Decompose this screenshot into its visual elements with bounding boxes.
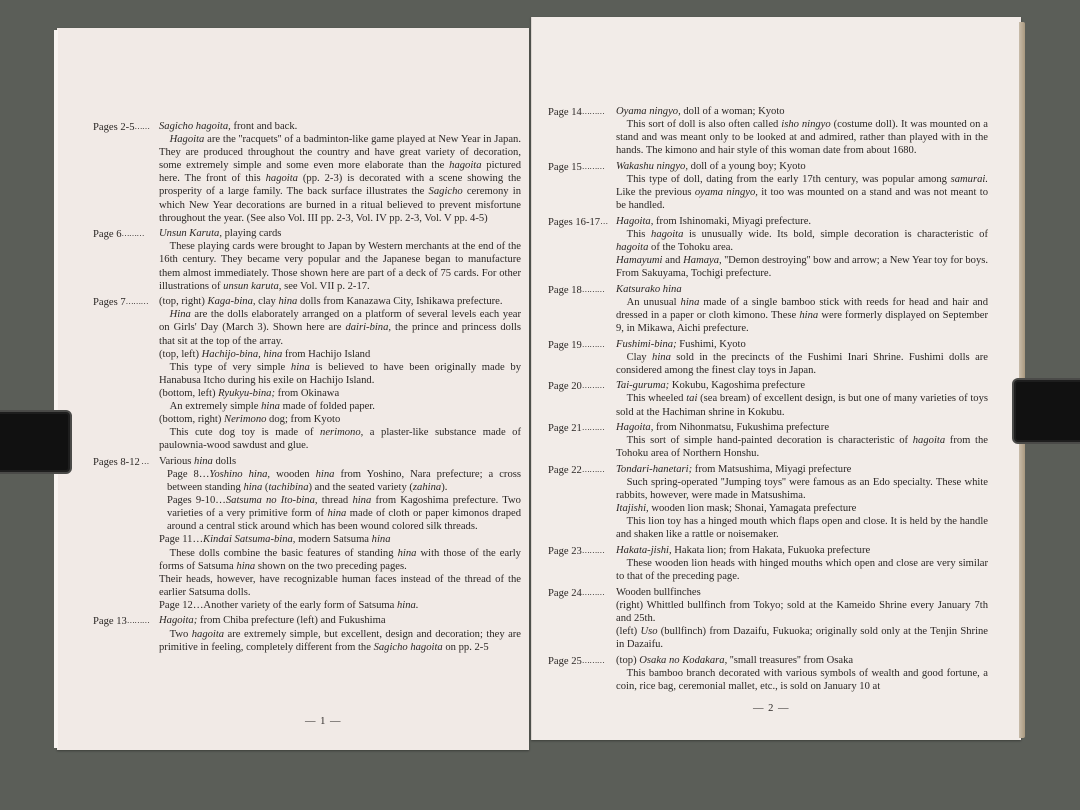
caption-entry: Pages 16-17…Hagoita, from Ishinomaki, Mi… [548, 215, 988, 280]
caption-paragraph: This sort of simple hand-painted decorat… [616, 434, 988, 460]
left-page: Pages 2-5……Sagicho hagoita, front and ba… [57, 28, 529, 750]
caption-paragraph: This type of doll, dating from the early… [616, 173, 988, 212]
caption-body: Oyama ningyo, doll of a woman; KyotoThis… [616, 105, 988, 157]
caption-paragraph: (bottom, right) Nerimono dog; from Kyoto [159, 413, 521, 426]
caption-entry: Page 13………Hagoita; from Chiba prefecture… [93, 614, 521, 653]
page-reference-label: Page 19……… [548, 338, 616, 377]
page-reference-label: Page 15……… [548, 160, 616, 212]
dot-leader: ……… [127, 616, 150, 625]
page-reference-text: Page 6 [93, 229, 122, 240]
caption-body: Hagoita, from Ishinomaki, Miyagi prefect… [616, 215, 988, 280]
caption-title: Wooden bullfinches [616, 586, 988, 599]
page-reference-text: Page 20 [548, 381, 582, 392]
page-reference-label: Page 13……… [93, 614, 159, 653]
page-reference-text: Page 15 [548, 162, 582, 173]
caption-body: Wakashu ningyo, doll of a young boy; Kyo… [616, 160, 988, 212]
caption-entry: Pages 7………(top, right) Kaga-bina, clay h… [93, 295, 521, 452]
caption-paragraph: (right) Whittled bullfinch from Tokyo; s… [616, 599, 988, 625]
page-number-right: — 2 — [753, 703, 790, 714]
page-reference-label: Page 25……… [548, 654, 616, 693]
dot-leader: ……… [582, 465, 605, 474]
page-reference-text: Page 22 [548, 465, 582, 476]
binder-clip-right [1012, 378, 1080, 444]
page-number-left: — 1 — [305, 716, 342, 727]
caption-entry: Page 18………Katsurako hinaAn unusual hina … [548, 283, 988, 335]
page-reference-label: Page 23……… [548, 544, 616, 583]
caption-entry: Page 24………Wooden bullfinches(right) Whit… [548, 586, 988, 651]
page-reference-label: Page 14……… [548, 105, 616, 157]
caption-body: (top) Osaka no Kodakara, ''small treasur… [616, 654, 988, 693]
dot-leader: ……… [582, 656, 605, 665]
caption-title: Wakashu ningyo, doll of a young boy; Kyo… [616, 160, 988, 173]
page-reference-label: Pages 8-12 … [93, 455, 159, 612]
caption-paragraph: Hamayumi and Hamaya, ''Demon destroying'… [616, 254, 988, 280]
page-reference-text: Page 25 [548, 656, 582, 667]
page-reference-label: Page 6……… [93, 227, 159, 292]
caption-paragraph: Page 11…Kindai Satsuma-bina, modern Sats… [159, 533, 521, 546]
page-reference-text: Page 24 [548, 588, 582, 599]
page-reference-label: Page 20……… [548, 379, 616, 418]
page-reference-label: Page 21……… [548, 421, 616, 460]
caption-entry: Page 20………Tai-guruma; Kokubu, Kagoshima … [548, 379, 988, 418]
binder-clip-left [0, 410, 72, 474]
caption-paragraph: (top, left) Hachijo-bina, hina from Hach… [159, 348, 521, 361]
caption-body: Hagoita; from Chiba prefecture (left) an… [159, 614, 521, 653]
right-page-content: Page 14………Oyama ningyo, doll of a woman;… [548, 105, 988, 696]
caption-body: Hakata-jishi, Hakata lion; from Hakata, … [616, 544, 988, 583]
dot-leader: ……… [582, 588, 605, 597]
page-reference-text: Pages 8-12 [93, 457, 140, 468]
page-reference-text: Pages 16-17 [548, 217, 600, 228]
caption-paragraph: (bottom, left) Ryukyu-bina; from Okinawa [159, 387, 521, 400]
caption-entry: Page 23………Hakata-jishi, Hakata lion; fro… [548, 544, 988, 583]
caption-paragraph: Two hagoita are extremely simple, but ex… [159, 628, 521, 654]
caption-title: Katsurako hina [616, 283, 988, 296]
caption-paragraph: This cute dog toy is made of nerimono, a… [159, 426, 521, 452]
caption-body: Sagicho hagoita, front and back.Hagoita … [159, 120, 521, 225]
caption-entry: Page 19………Fushimi-bina; Fushimi, KyotoCl… [548, 338, 988, 377]
caption-entry: Page 22………Tondari-hanetari; from Matsush… [548, 463, 988, 542]
caption-entry: Page 25………(top) Osaka no Kodakara, ''sma… [548, 654, 988, 693]
page-reference-text: Page 14 [548, 107, 582, 118]
page-reference-label: Page 24……… [548, 586, 616, 651]
caption-body: Tai-guruma; Kokubu, Kagoshima prefecture… [616, 379, 988, 418]
dot-leader: ……… [126, 297, 149, 306]
caption-paragraph: Hina are the dolls elaborately arranged … [159, 308, 521, 347]
caption-body: Katsurako hinaAn unusual hina made of a … [616, 283, 988, 335]
dot-leader: … [140, 457, 149, 466]
caption-paragraph: These wooden lion heads with hinged mout… [616, 557, 988, 583]
dot-leader: ……… [122, 229, 145, 238]
caption-paragraph: An extremely simple hina made of folded … [159, 400, 521, 413]
page-reference-label: Page 18……… [548, 283, 616, 335]
dot-leader: ……… [582, 423, 605, 432]
caption-paragraph: This hagoita is unusually wide. Its bold… [616, 228, 988, 254]
caption-title: Hakata-jishi, Hakata lion; from Hakata, … [616, 544, 988, 557]
dot-leader: ……… [582, 340, 605, 349]
caption-title: (top, right) Kaga-bina, clay hina dolls … [159, 295, 521, 308]
caption-title: Sagicho hagoita, front and back. [159, 120, 521, 133]
page-reference-text: Page 23 [548, 546, 582, 557]
caption-paragraph: Page 12…Another variety of the early for… [159, 599, 521, 612]
caption-title: (top) Osaka no Kodakara, ''small treasur… [616, 654, 988, 667]
caption-entry: Page 14………Oyama ningyo, doll of a woman;… [548, 105, 988, 157]
dot-leader: ……… [582, 107, 605, 116]
caption-title: Fushimi-bina; Fushimi, Kyoto [616, 338, 988, 351]
caption-paragraph: These dolls combine the basic features o… [159, 547, 521, 573]
caption-paragraph: Page 8…Yoshino hina, wooden hina from Yo… [159, 468, 521, 494]
caption-paragraph: Pages 9-10…Satsuma no Ito-bina, thread h… [159, 494, 521, 533]
page-reference-label: Pages 16-17… [548, 215, 616, 280]
page-reference-text: Page 19 [548, 340, 582, 351]
caption-paragraph: This bamboo branch decorated with variou… [616, 667, 988, 693]
page-reference-text: Page 13 [93, 616, 127, 627]
caption-paragraph: Their heads, however, have recognizable … [159, 573, 521, 599]
caption-paragraph: This wheeled tai (sea bream) of excellen… [616, 392, 988, 418]
page-reference-text: Page 21 [548, 423, 582, 434]
caption-paragraph: (left) Uso (bullfinch) from Dazaifu, Fuk… [616, 625, 988, 651]
page-reference-label: Page 22……… [548, 463, 616, 542]
dot-leader: …… [135, 122, 150, 131]
caption-title: Various hina dolls [159, 455, 521, 468]
caption-title: Tondari-hanetari; from Matsushima, Miyag… [616, 463, 988, 476]
right-page: Page 14………Oyama ningyo, doll of a woman;… [531, 17, 1021, 740]
caption-entry: Pages 8-12 …Various hina dollsPage 8…Yos… [93, 455, 521, 612]
caption-entry: Page 15………Wakashu ningyo, doll of a youn… [548, 160, 988, 212]
page-reference-label: Pages 2-5…… [93, 120, 159, 225]
caption-body: Fushimi-bina; Fushimi, KyotoClay hina so… [616, 338, 988, 377]
left-page-content: Pages 2-5……Sagicho hagoita, front and ba… [93, 120, 521, 656]
caption-title: Unsun Karuta, playing cards [159, 227, 521, 240]
caption-paragraph: Itajishi, wooden lion mask; Shonai, Yama… [616, 502, 988, 515]
caption-title: Hagoita, from Nihonmatsu, Fukushima pref… [616, 421, 988, 434]
caption-title: Tai-guruma; Kokubu, Kagoshima prefecture [616, 379, 988, 392]
caption-paragraph: An unusual hina made of a single bamboo … [616, 296, 988, 335]
caption-title: Hagoita, from Ishinomaki, Miyagi prefect… [616, 215, 988, 228]
caption-title: Oyama ningyo, doll of a woman; Kyoto [616, 105, 988, 118]
caption-paragraph: This sort of doll is also often called i… [616, 118, 988, 157]
caption-paragraph: Clay hina sold in the precincts of the F… [616, 351, 988, 377]
dot-leader: ……… [582, 381, 605, 390]
page-reference-text: Page 18 [548, 285, 582, 296]
caption-paragraph: This lion toy has a hinged mouth which f… [616, 515, 988, 541]
page-reference-text: Pages 2-5 [93, 122, 135, 133]
dot-leader: ……… [582, 285, 605, 294]
page-reference-text: Pages 7 [93, 297, 126, 308]
caption-body: Hagoita, from Nihonmatsu, Fukushima pref… [616, 421, 988, 460]
dot-leader: ……… [582, 162, 605, 171]
dot-leader: ……… [582, 546, 605, 555]
caption-body: Tondari-hanetari; from Matsushima, Miyag… [616, 463, 988, 542]
caption-paragraph: Such spring-operated ''Jumping toys'' we… [616, 476, 988, 502]
caption-paragraph: Hagoita are the ''racquets'' of a badmin… [159, 133, 521, 225]
caption-paragraph: This type of very simple hina is believe… [159, 361, 521, 387]
caption-body: Unsun Karuta, playing cardsThese playing… [159, 227, 521, 292]
caption-paragraph: These playing cards were brought to Japa… [159, 240, 521, 292]
caption-entry: Pages 2-5……Sagicho hagoita, front and ba… [93, 120, 521, 225]
caption-entry: Page 21………Hagoita, from Nihonmatsu, Fuku… [548, 421, 988, 460]
caption-body: Various hina dollsPage 8…Yoshino hina, w… [159, 455, 521, 612]
caption-entry: Page 6………Unsun Karuta, playing cardsThes… [93, 227, 521, 292]
page-reference-label: Pages 7……… [93, 295, 159, 452]
dot-leader: … [600, 217, 608, 226]
caption-body: Wooden bullfinches(right) Whittled bullf… [616, 586, 988, 651]
caption-title: Hagoita; from Chiba prefecture (left) an… [159, 614, 521, 627]
caption-body: (top, right) Kaga-bina, clay hina dolls … [159, 295, 521, 452]
